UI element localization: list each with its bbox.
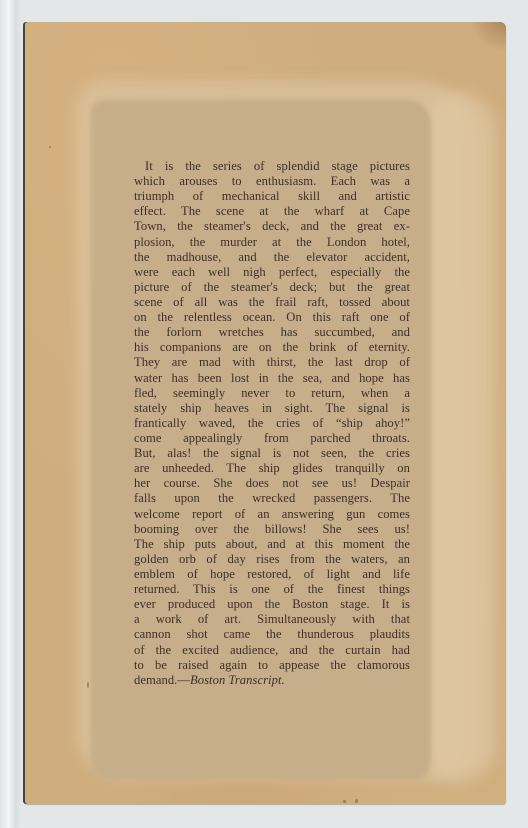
- text-line: The ship puts about, and at this moment …: [134, 537, 410, 552]
- dust-speck: [355, 799, 358, 803]
- text-line: a work of art. Simultaneously with that: [134, 612, 410, 627]
- text-line: cannon shot came the thunderous plaudits: [134, 627, 410, 642]
- text-line: returned. This is one of the finest thin…: [134, 582, 410, 597]
- text-line: the madhouse, and the elevator accident,: [134, 250, 410, 265]
- text-line: ever produced upon the Boston stage. It …: [134, 597, 410, 612]
- text-line: which arouses to enthusiasm. Each was a: [134, 174, 410, 189]
- text-line: emblem of hope restored, of light and li…: [134, 567, 410, 582]
- text-line: picture of the steamer's deck; but the g…: [134, 280, 410, 295]
- text-line: booming over the billows! She sees us!: [134, 522, 410, 537]
- text-line: triumph of mechanical skill and artistic: [134, 189, 410, 204]
- source-attribution: Boston Transcript.: [190, 673, 285, 687]
- text-line: are unheeded. The ship glides tranquilly…: [134, 461, 410, 476]
- text-line: welcome report of an answering gun comes: [134, 507, 410, 522]
- text-line: were each well nigh perfect, especially …: [134, 265, 410, 280]
- dust-speck: [343, 800, 346, 803]
- text-line: Town, the steamer's deck, and the great …: [134, 219, 410, 234]
- final-line-text: demand.—: [134, 673, 190, 687]
- text-line: plosion, the murder at the London hotel,: [134, 235, 410, 250]
- final-text-line: demand.—Boston Transcript.: [134, 673, 410, 688]
- text-line: his companions are on the brink of etern…: [134, 340, 410, 355]
- ink-speck: [87, 682, 89, 688]
- text-line: It is the series of splendid stage pictu…: [134, 159, 410, 174]
- text-line: the forlorn wretches has succumbed, and: [134, 325, 410, 340]
- text-line: frantically waved, the cries of “ship ah…: [134, 416, 410, 431]
- text-line: come appealingly from parched throats.: [134, 431, 410, 446]
- text-line: golden orb of day rises from the waters,…: [134, 552, 410, 567]
- antique-card: It is the series of splendid stage pictu…: [25, 22, 506, 804]
- text-line: to be raised again to appease the clamor…: [134, 658, 410, 673]
- text-line: of the excited audience, and the curtain…: [134, 643, 410, 658]
- scanner-bed-edge: [0, 0, 22, 828]
- text-line: stately ship heaves in sight. The signal…: [134, 401, 410, 416]
- text-line: fled, seemingly never to return, when a: [134, 386, 410, 401]
- article-text: It is the series of splendid stage pictu…: [134, 159, 410, 688]
- text-line: falls upon the wrecked passengers. The: [134, 491, 410, 506]
- dust-speck: [49, 146, 51, 148]
- text-line: But, alas! the signal is not seen, the c…: [134, 446, 410, 461]
- text-line: effect. The scene at the wharf at Cape: [134, 204, 410, 219]
- text-line: scene of all was the frail raft, tossed …: [134, 295, 410, 310]
- corner-stain: [470, 22, 506, 52]
- text-line: They are mad with thirst, the last drop …: [134, 355, 410, 370]
- text-line: her course. She does not see us! Despair: [134, 476, 410, 491]
- faded-right-stain: [420, 92, 495, 782]
- text-line: on the relentless ocean. On this raft on…: [134, 310, 410, 325]
- text-line: water has been lost in the sea, and hope…: [134, 371, 410, 386]
